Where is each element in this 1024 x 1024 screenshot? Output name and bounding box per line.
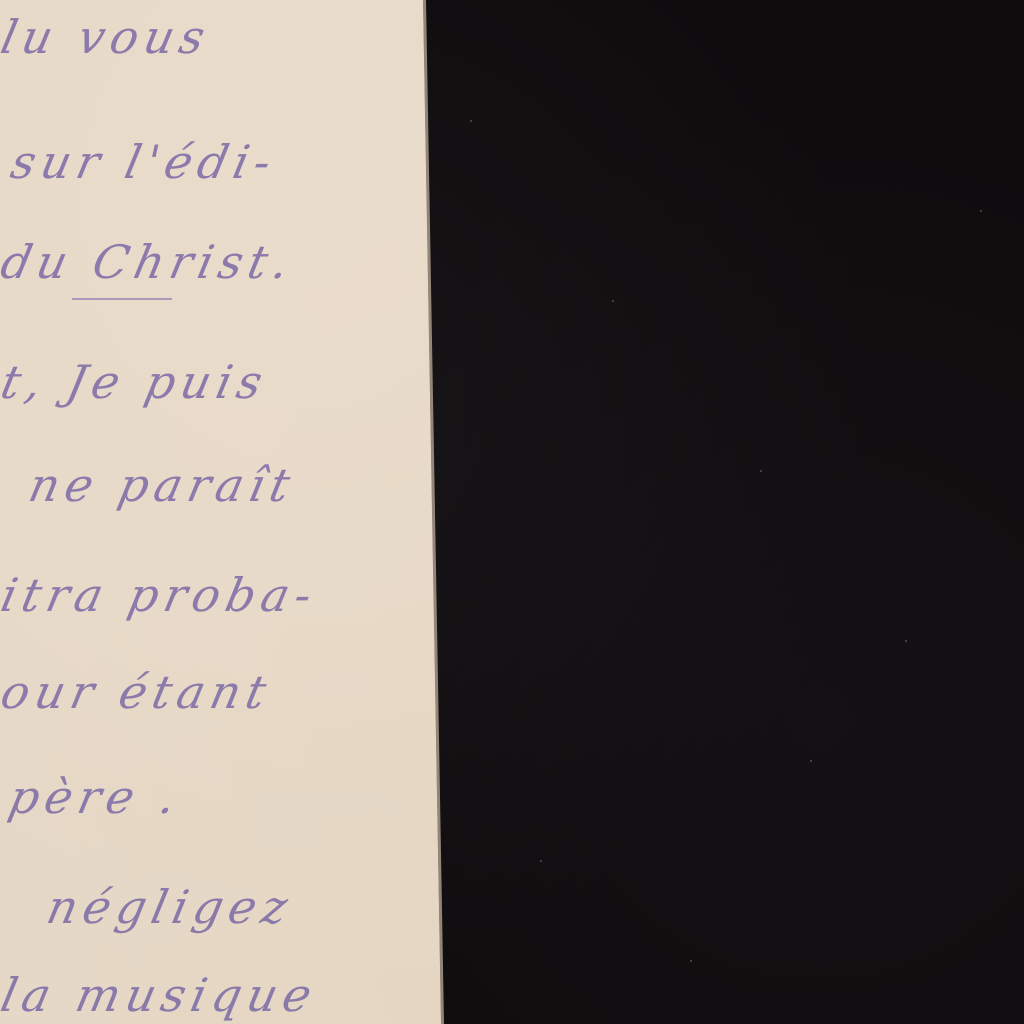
handwriting-line: sur l'édi- <box>6 135 282 189</box>
handwriting-line: négligez <box>42 880 298 934</box>
handwriting-line: du Christ. <box>0 235 300 289</box>
dust-speck <box>612 300 614 302</box>
word-underline <box>72 298 172 300</box>
handwriting-line: itra proba- <box>0 568 323 622</box>
handwriting-line: la musique <box>0 968 322 1022</box>
dust-speck <box>905 640 907 642</box>
dust-speck <box>540 860 542 862</box>
dust-speck <box>810 760 812 762</box>
dust-speck <box>470 120 472 122</box>
handwriting-line: t, Je puis <box>0 355 273 409</box>
handwriting-line: ne paraît <box>24 458 300 512</box>
handwriting-line: lu vous <box>0 10 216 64</box>
handwriting-line: père . <box>4 770 187 824</box>
dust-speck <box>760 470 762 472</box>
dust-speck <box>980 210 982 212</box>
handwriting-line: our étant <box>0 665 277 719</box>
dust-speck <box>690 960 692 962</box>
